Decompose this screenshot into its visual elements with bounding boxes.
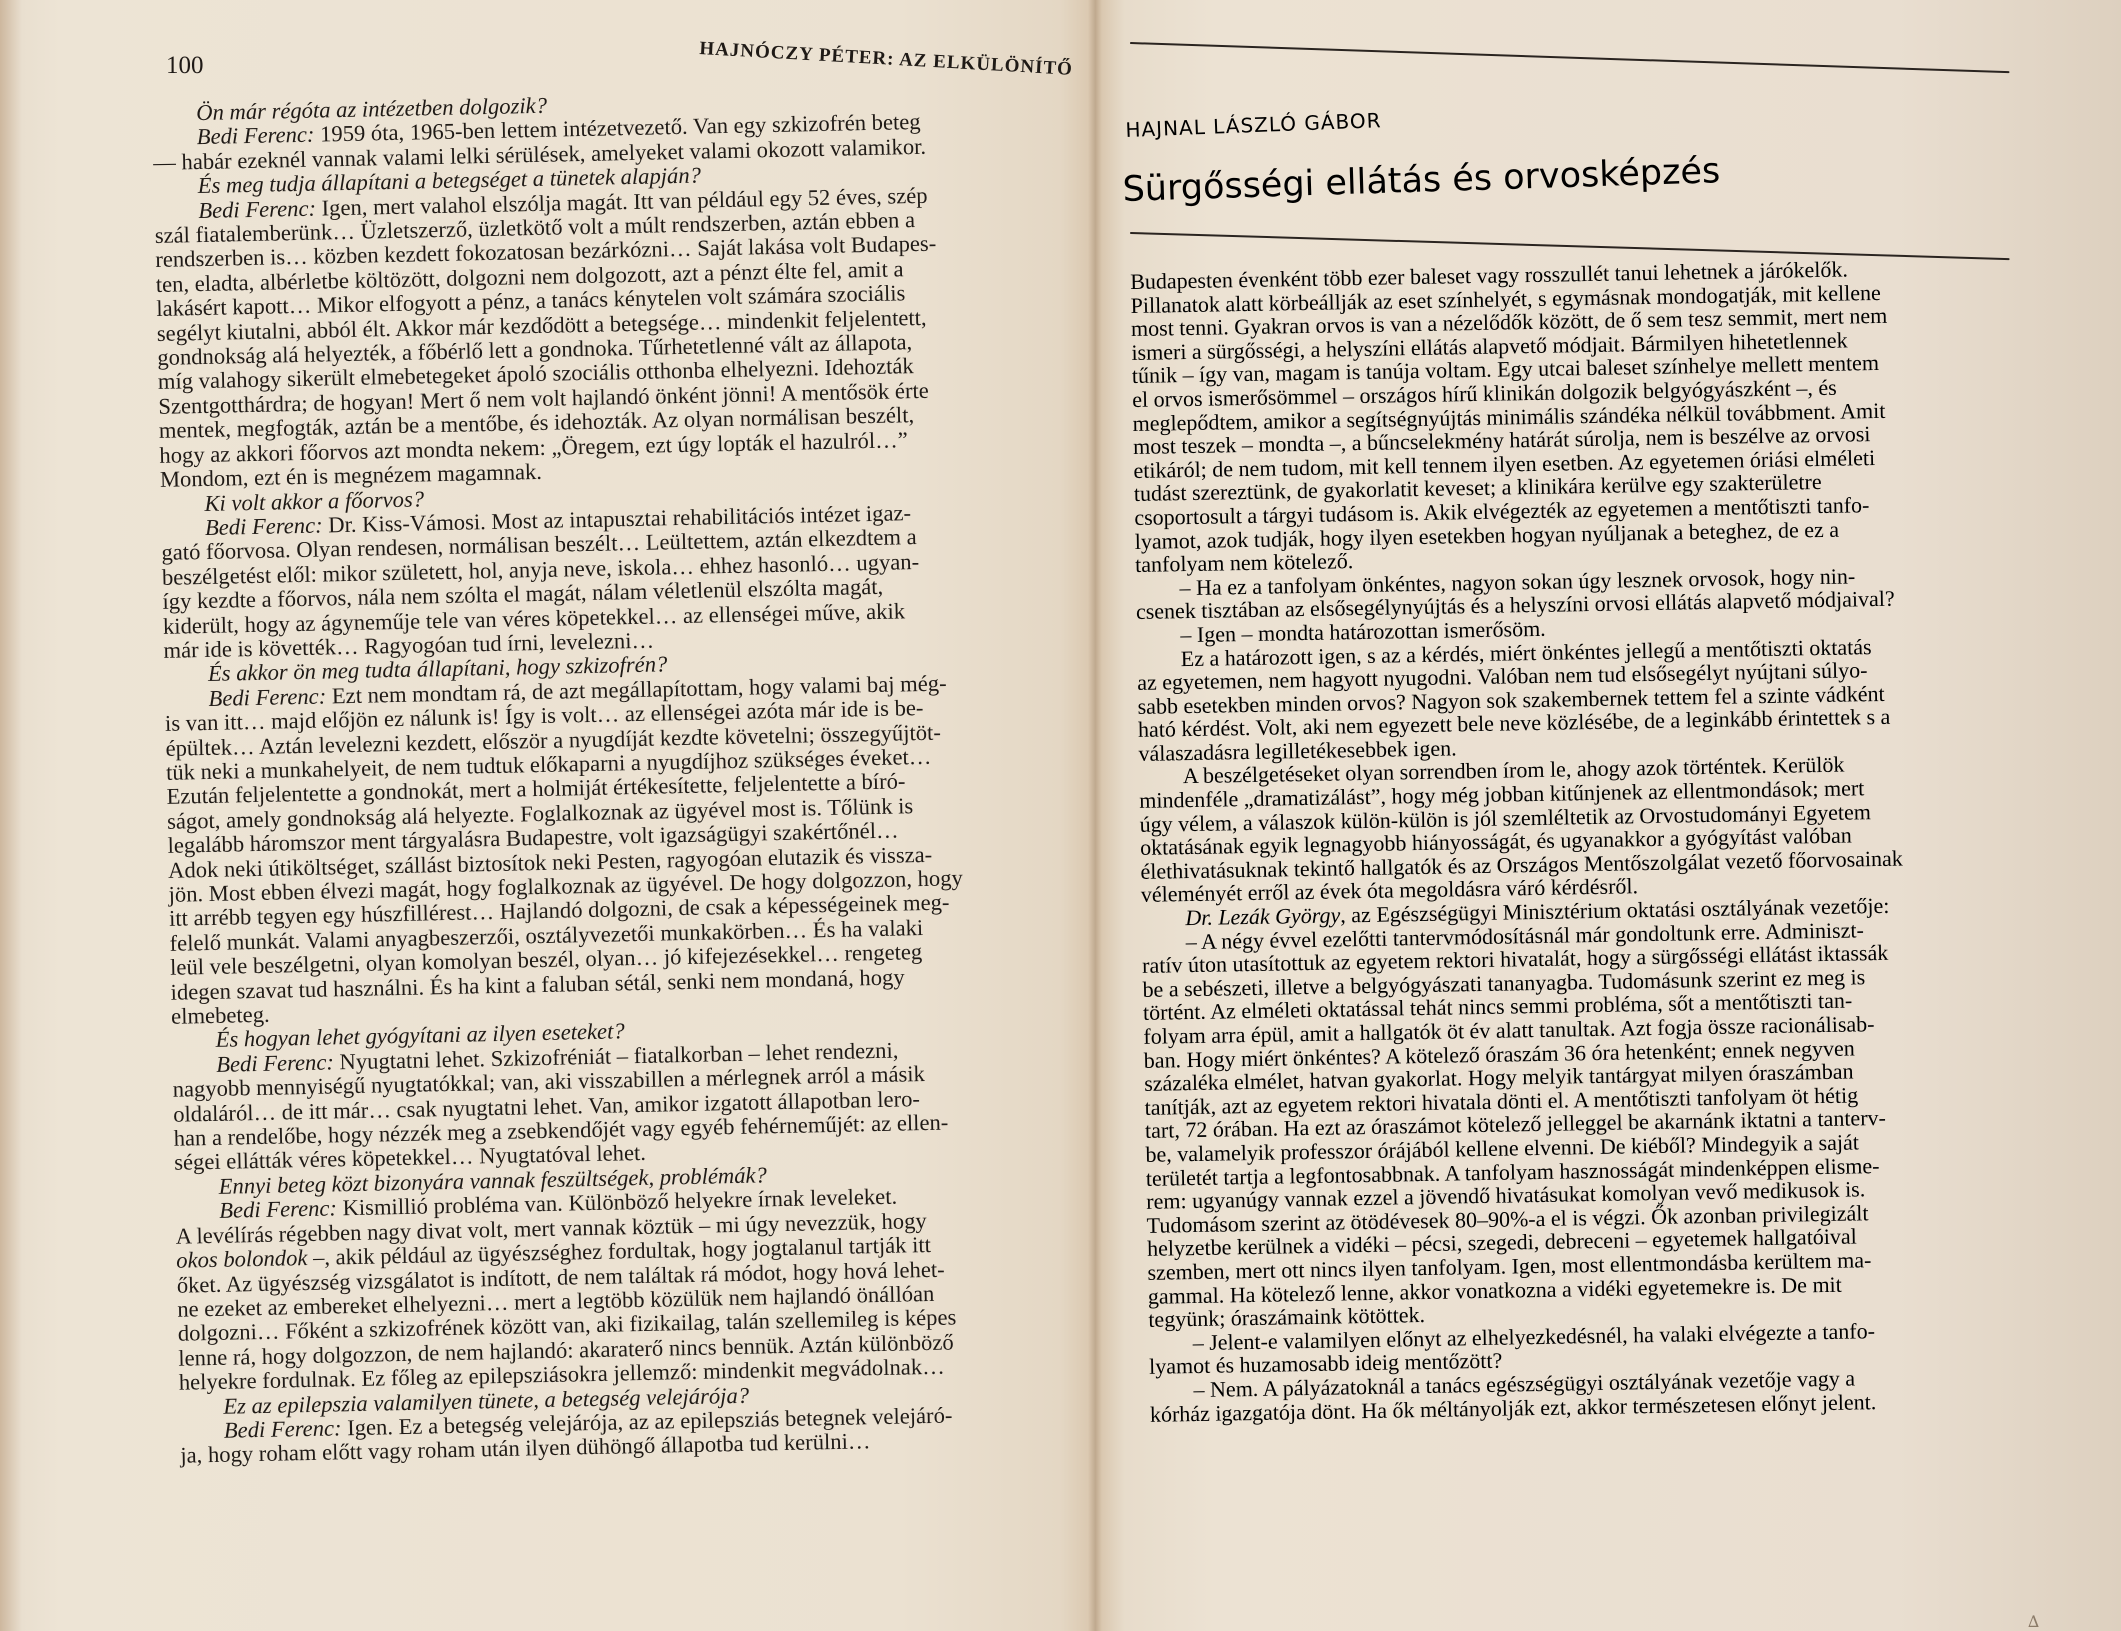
interview-text: Ön már régóta az intézetben dolgozik?Bed… (152, 84, 1060, 1469)
speaker-name: Bedi Ferenc: (219, 1196, 337, 1223)
speaker-name: Bedi Ferenc: (216, 1049, 334, 1076)
line-text: elmebeteg. (171, 1002, 270, 1029)
corner-mark: ∆ (2028, 1612, 2039, 1631)
page-number: 100 (166, 52, 204, 80)
speaker-name: Bedi Ferenc: (208, 683, 326, 710)
left-page: 100 HAJNÓCZY PÉTER: AZ ELKÜLÖNÍTŐ Ön már… (0, 0, 1095, 1631)
speaker-name: Bedi Ferenc: (196, 122, 314, 149)
speaker-name: Bedi Ferenc: (198, 195, 316, 222)
speaker-name: Bedi Ferenc: (205, 512, 323, 539)
article-body: Budapesten évenként több ezer baleset va… (1130, 255, 2030, 1426)
book-spine (1088, 0, 1102, 1631)
speaker-name: Bedi Ferenc: (224, 1415, 342, 1442)
italic-lead: okos bolondok (176, 1245, 308, 1273)
running-head: HAJNÓCZY PÉTER: AZ ELKÜLÖNÍTŐ (699, 38, 1074, 81)
